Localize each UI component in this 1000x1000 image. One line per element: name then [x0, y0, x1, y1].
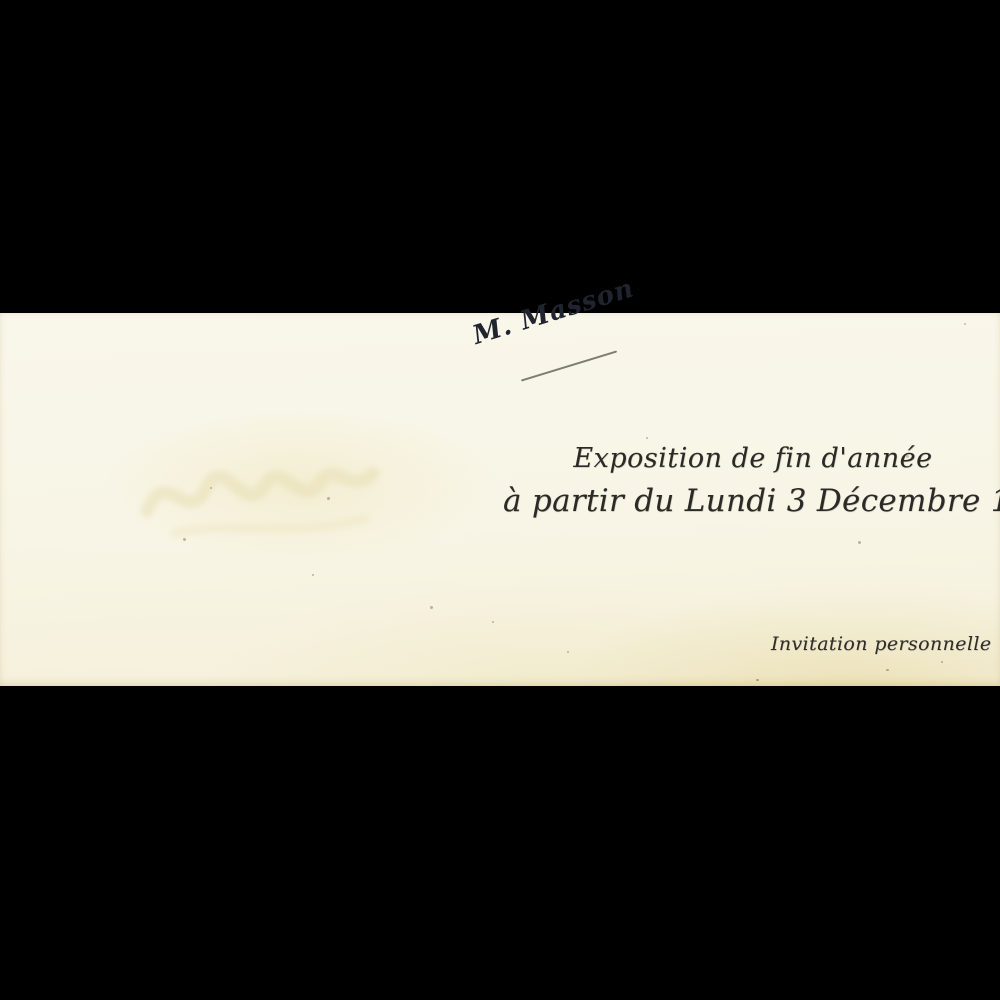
foxing-speck	[941, 661, 943, 663]
foxing-speck	[210, 487, 212, 489]
foxing-speck	[312, 574, 314, 576]
foxing-speck	[886, 669, 889, 671]
foxing-speck	[430, 606, 433, 609]
foxing-speck	[906, 455, 909, 458]
invitation-card: M. Masson Exposition de fin d'année à pa…	[0, 313, 1000, 686]
personal-invitation-note: Invitation personnelle	[771, 633, 971, 655]
photo-background: M. Masson Exposition de fin d'année à pa…	[0, 0, 1000, 1000]
foxing-speck	[183, 538, 186, 541]
handwritten-underline	[521, 350, 617, 381]
foxing-speck	[964, 323, 966, 325]
foxing-speck	[858, 541, 861, 544]
foxing-speck	[646, 437, 648, 439]
exposition-title-line: Exposition de fin d'année	[503, 443, 1000, 474]
foxing-speck	[756, 679, 759, 681]
show-through-ghost	[135, 441, 395, 551]
invitation-text-block: Exposition de fin d'année à partir du Lu…	[503, 443, 1000, 519]
foxing-speck	[567, 651, 569, 653]
exposition-date-line: à partir du Lundi 3 Décembre 1951	[503, 483, 1000, 519]
handwritten-name: M. Masson	[469, 273, 638, 351]
foxing-speck	[327, 497, 330, 500]
foxing-speck	[492, 621, 494, 623]
